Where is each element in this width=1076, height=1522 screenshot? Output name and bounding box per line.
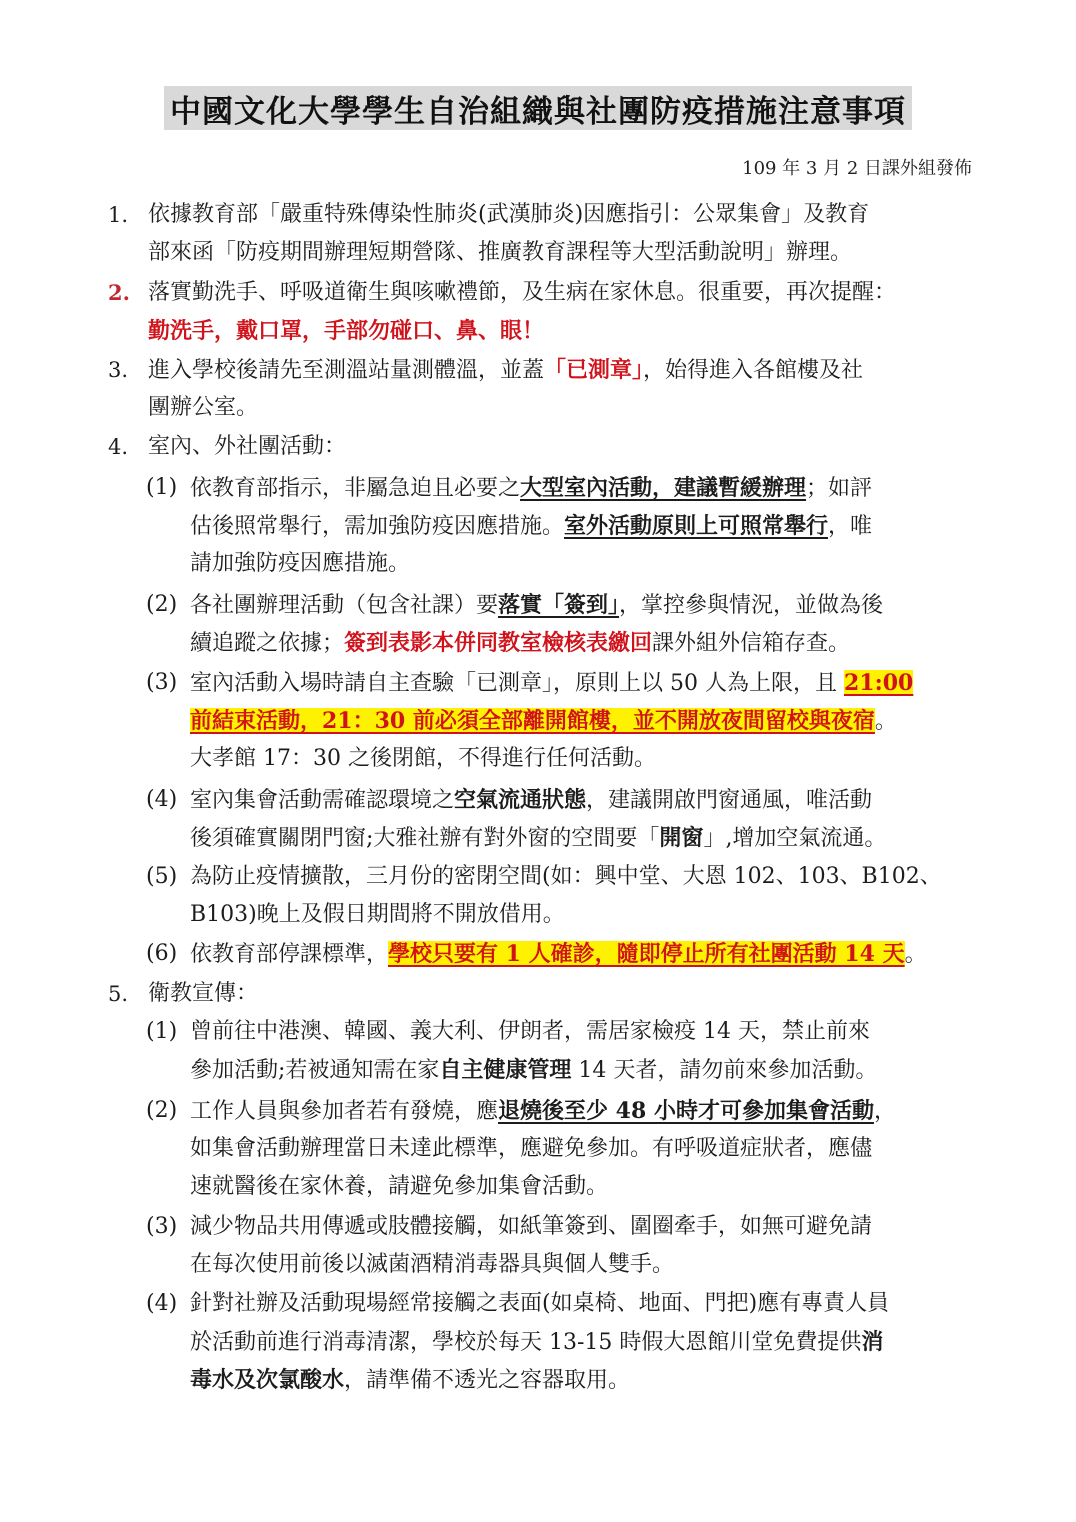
item-number: 4.	[108, 428, 128, 466]
item-1-line-1: 依據教育部「嚴重特殊傳染性肺炎(武漢肺炎)因應指引：公眾集會」及教育	[148, 196, 869, 234]
item-number: 5.	[108, 975, 128, 1013]
emphasis: 開窗	[659, 825, 703, 851]
issue-date: 109 年 3 月 2 日課外組發佈	[742, 154, 972, 180]
item-5-3-line-2: 在每次使用前後以滅菌酒精消毒器具與個人雙手。	[190, 1246, 674, 1284]
text: 14 天者，請勿前來參加活動。	[571, 1058, 877, 1083]
item-5-4-line-2: 於活動前進行消毒清潔，學校於每天 13-15 時假大恩館川堂免費提供消	[190, 1323, 883, 1361]
text: 於活動前進行消毒清潔，學校於每天 13-15 時假大恩館川堂免費提供	[190, 1330, 861, 1355]
sub-item-number: (1)	[146, 469, 177, 507]
text: 。	[875, 709, 897, 734]
highlight: 學校只要有 1 人確診，隨即停止所有社團活動 14 天	[388, 941, 905, 967]
sub-item-number: (5)	[146, 858, 177, 896]
item-5-4-line-3: 毒水及次氯酸水，請準備不透光之容器取用。	[190, 1361, 630, 1399]
item-4-2-line-1: 各社團辦理活動（包含社課）要落實「簽到」，掌控參與情況，並做為後	[190, 586, 883, 624]
item-5-1-line-1: 曾前往中港澳、韓國、義大利、伊朗者，需居家檢疫 14 天，禁止前來	[190, 1013, 870, 1051]
item-number: 1.	[108, 196, 128, 234]
item-4-heading: 室內、外社團活動：	[148, 428, 346, 466]
item-4-3-line-1: 室內活動入場時請自主查驗「已測章」，原則上以 50 人為上限，且 21:00	[190, 664, 913, 702]
sub-item-number: (4)	[146, 781, 177, 819]
item-4-1-line-1: 依教育部指示，非屬急迫且必要之大型室內活動，建議暫緩辦理；如評	[190, 469, 872, 507]
item-4-3-line-3: 大孝館 17：30 之後閉館，不得進行任何活動。	[190, 740, 656, 778]
document-title: 中國文化大學學生自治組織與社團防疫措施注意事項	[170, 86, 906, 131]
item-5-1-line-2: 參加活動;若被通知需在家自主健康管理 14 天者，請勿前來參加活動。	[190, 1051, 877, 1089]
highlight: 前結束活動，21：30 前必須全部離開館樓，並不開放夜間留校與夜宿	[190, 708, 875, 734]
text: 工作人員與參加者若有發燒，應	[190, 1099, 498, 1124]
item-4-6-line-1: 依教育部停課標準，學校只要有 1 人確診，隨即停止所有社團活動 14 天。	[190, 935, 927, 973]
text: 」,增加空氣流通。	[703, 826, 886, 851]
text: ，建議開啟門窗通風，唯活動	[586, 788, 872, 813]
sub-item-number: (1)	[146, 1013, 177, 1051]
text: ，唯	[828, 514, 872, 539]
highlight: 21:00	[844, 670, 913, 696]
text: ，掌控參與情況，並做為後	[619, 593, 883, 618]
item-1-line-2: 部來函「防疫期間辦理短期營隊、推廣教育課程等大型活動說明」辦理。	[148, 234, 852, 272]
emphasis: 消	[861, 1329, 883, 1355]
item-5-4-line-1: 針對社辦及活動現場經常接觸之表面(如桌椅、地面、門把)應有專責人員	[190, 1285, 889, 1323]
sub-item-number: (4)	[146, 1285, 177, 1323]
item-5-2-line-2: 如集會活動辦理當日未達此標準，應避免參加。有呼吸道症狀者，應儘	[190, 1130, 872, 1168]
text: 各社團辦理活動（包含社課）要	[190, 593, 498, 618]
item-4-5-line-2: B103)晚上及假日期間將不開放借用。	[190, 896, 565, 934]
item-5-heading: 衛教宣傳：	[148, 975, 258, 1013]
item-5-2-line-3: 速就醫後在家休養，請避免參加集會活動。	[190, 1168, 608, 1206]
emphasis: 大型室內活動，建議暫緩辦理	[520, 475, 806, 501]
emphasis: 退燒後至少 48 小時才可參加集會活動	[498, 1098, 874, 1124]
emphasis: 室外活動原則上可照常舉行	[564, 513, 828, 539]
text: 。	[905, 942, 927, 967]
sub-item-number: (2)	[146, 586, 177, 624]
item-4-4-line-2: 後須確實關閉門窗;大雅社辦有對外窗的空間要「開窗」,增加空氣流通。	[190, 819, 886, 857]
text: ，	[874, 1099, 896, 1124]
text: 續追蹤之依據；	[190, 631, 344, 656]
sub-item-number: (6)	[146, 935, 177, 973]
document-page: 中國文化大學學生自治組織與社團防疫措施注意事項 109 年 3 月 2 日課外組…	[0, 0, 1076, 1522]
item-4-3-line-2: 前結束活動，21：30 前必須全部離開館樓，並不開放夜間留校與夜宿。	[190, 702, 897, 740]
stamp-label: 「已測章」	[544, 357, 643, 383]
emphasis: 簽到表影本併同教室檢核表繳回	[344, 630, 652, 656]
text: ，請準備不透光之容器取用。	[344, 1368, 630, 1393]
text: ；如評	[806, 476, 872, 501]
item-3-line-1: 進入學校後請先至測溫站量測體溫，並蓋「已測章」，始得進入各館樓及社	[148, 351, 863, 389]
item-4-1-line-3: 請加強防疫因應措施。	[190, 545, 410, 583]
text: 進入學校後請先至測溫站量測體溫，並蓋	[148, 358, 544, 383]
emphasis: 落實「簽到」	[498, 592, 619, 618]
item-2-line-1: 落實勤洗手、呼吸道衛生與咳嗽禮節，及生病在家休息。很重要，再次提醒：	[148, 274, 896, 312]
emphasis: 自主健康管理	[439, 1057, 571, 1083]
emphasis: 毒水及次氯酸水	[190, 1367, 344, 1393]
text: 室內活動入場時請自主查驗「已測章」，原則上以 50 人為上限，且	[190, 671, 844, 696]
title-banner: 中國文化大學學生自治組織與社團防疫措施注意事項	[164, 86, 912, 130]
item-4-1-line-2: 估後照常舉行，需加強防疫因應措施。室外活動原則上可照常舉行，唯	[190, 507, 872, 545]
text: 室內集會活動需確認環境之	[190, 788, 454, 813]
item-3-line-2: 團辦公室。	[148, 389, 258, 427]
item-number: 3.	[108, 351, 128, 389]
sub-item-number: (3)	[146, 1208, 177, 1246]
item-4-5-line-1: 為防止疫情擴散，三月份的密閉空間(如：興中堂、大恩 102、103、B102、	[190, 858, 942, 896]
item-5-3-line-1: 減少物品共用傳遞或肢體接觸，如紙筆簽到、圍圈牽手，如無可避免請	[190, 1208, 872, 1246]
text: 參加活動;若被通知需在家	[190, 1058, 439, 1083]
item-number: 2.	[108, 274, 130, 312]
sub-item-number: (2)	[146, 1092, 177, 1130]
item-2-warning: 勤洗手，戴口罩，手部勿碰口、鼻、眼！	[148, 312, 544, 350]
sub-item-number: (3)	[146, 664, 177, 702]
text: 依教育部停課標準，	[190, 942, 388, 967]
text: 後須確實關閉門窗;大雅社辦有對外窗的空間要「	[190, 826, 659, 851]
emphasis: 空氣流通狀態	[454, 787, 586, 813]
item-5-2-line-1: 工作人員與參加者若有發燒，應退燒後至少 48 小時才可參加集會活動，	[190, 1092, 896, 1130]
text: 課外組外信箱存查。	[652, 631, 850, 656]
text: 估後照常舉行，需加強防疫因應措施。	[190, 514, 564, 539]
item-4-2-line-2: 續追蹤之依據；簽到表影本併同教室檢核表繳回課外組外信箱存查。	[190, 624, 850, 662]
text: ，始得進入各館樓及社	[643, 358, 863, 383]
text: 依教育部指示，非屬急迫且必要之	[190, 476, 520, 501]
item-4-4-line-1: 室內集會活動需確認環境之空氣流通狀態，建議開啟門窗通風，唯活動	[190, 781, 872, 819]
